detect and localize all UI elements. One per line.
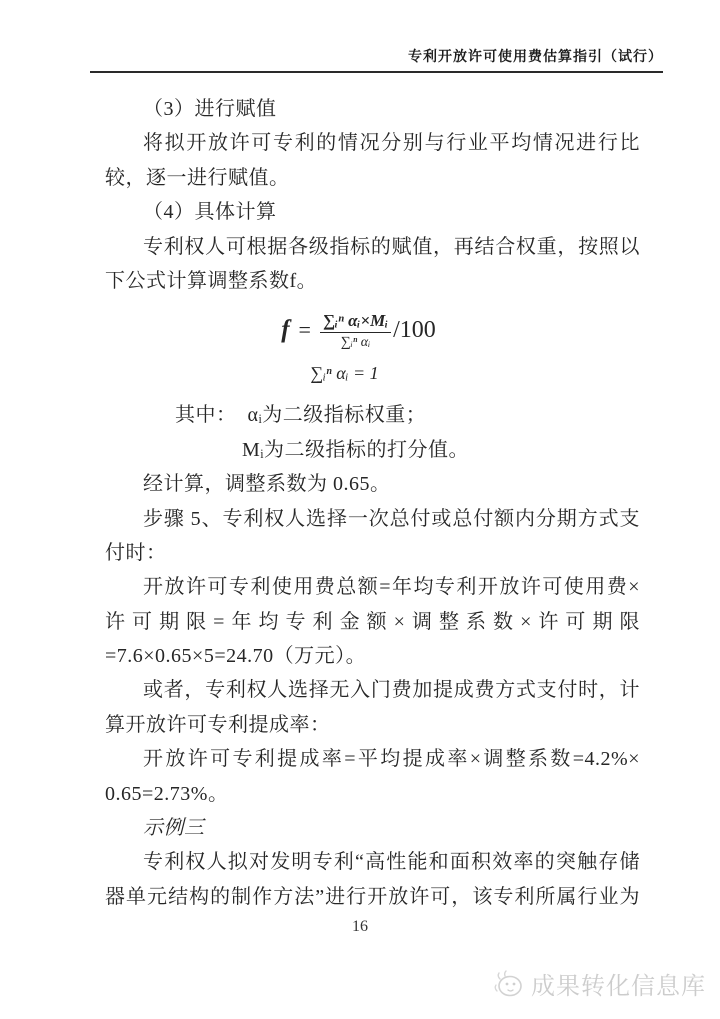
text-line: 专利权人可根据各级指标的赋值，再结合权重，按照以 xyxy=(105,230,640,264)
text-line: 较，逐一进行赋值。 xyxy=(105,161,640,195)
text-line: =7.6×0.65×5=24.70（万元）。 xyxy=(105,639,640,673)
text-line: 下公式计算调整系数f。 xyxy=(105,264,640,298)
text-line: 专利权人拟对发明专利“高性能和面积效率的突触存储 xyxy=(105,845,640,879)
text-line: 其中： αᵢ为二级指标权重； xyxy=(105,398,640,432)
header-title: 专利开放许可使用费估算指引（试行） xyxy=(90,46,663,66)
formula-denominator: ∑ᵢⁿ αᵢ xyxy=(341,333,371,351)
page-header: 专利开放许可使用费估算指引（试行） xyxy=(90,46,663,73)
text-line: 示例三 xyxy=(105,811,640,845)
text-line: 开放许可专利使用费总额=年均专利开放许可使用费× xyxy=(105,570,640,604)
watermark-label: 成果转化信息库 xyxy=(531,966,706,1001)
adjustment-coefficient-formula: f = ∑ᵢⁿ αᵢ×Mᵢ ∑ᵢⁿ αᵢ /100 xyxy=(91,302,626,358)
formula-constraint: ∑ᵢⁿ αᵢ = 1 xyxy=(77,358,612,392)
text-line: 许可期限=年均专利金额×调整系数×许可期限 xyxy=(105,605,640,639)
document-page: 专利开放许可使用费估算指引（试行） （3）进行赋值将拟开放许可专利的情况分别与行… xyxy=(0,0,720,1019)
text-line: 将拟开放许可专利的情况分别与行业平均情况进行比 xyxy=(105,126,640,160)
text-line: 0.65=2.73%。 xyxy=(105,777,640,811)
text-line: （4）具体计算 xyxy=(105,195,640,229)
page-number: 16 xyxy=(0,918,720,936)
formula-equals: = xyxy=(299,317,311,343)
text-line: 算开放许可专利提成率： xyxy=(105,708,640,742)
text-line: 步骤 5、专利权人选择一次总付或总付额内分期方式支 xyxy=(105,502,640,536)
text-line: 付时： xyxy=(105,536,640,570)
formula-divisor: /100 xyxy=(393,317,436,344)
text-line: （3）进行赋值 xyxy=(105,92,640,126)
formula-numerator: ∑ᵢⁿ αᵢ×Mᵢ xyxy=(320,310,391,333)
footer-watermark: 成果转化信息库 xyxy=(492,966,706,1001)
formula-fraction: ∑ᵢⁿ αᵢ×Mᵢ ∑ᵢⁿ αᵢ xyxy=(320,310,391,351)
paragraphs-after-formula: 其中： αᵢ为二级指标权重；Mᵢ为二级指标的打分值。经计算，调整系数为 0.65… xyxy=(105,398,640,914)
formula-lhs: f xyxy=(281,316,289,344)
text-line: 经计算，调整系数为 0.65。 xyxy=(105,467,640,501)
text-line: Mᵢ为二级指标的打分值。 xyxy=(105,433,640,467)
text-line: 或者，专利权人选择无入门费加提成费方式支付时，计 xyxy=(105,673,640,707)
document-body: （3）进行赋值将拟开放许可专利的情况分别与行业平均情况进行比较，逐一进行赋值。（… xyxy=(105,92,640,914)
paragraphs-before-formula: （3）进行赋值将拟开放许可专利的情况分别与行业平均情况进行比较，逐一进行赋值。（… xyxy=(105,92,640,298)
text-line: 器单元结构的制作方法”进行开放许可，该专利所属行业为 xyxy=(105,880,640,914)
mascot-face-icon xyxy=(492,967,526,1001)
text-line: 开放许可专利提成率=平均提成率×调整系数=4.2%× xyxy=(105,742,640,776)
